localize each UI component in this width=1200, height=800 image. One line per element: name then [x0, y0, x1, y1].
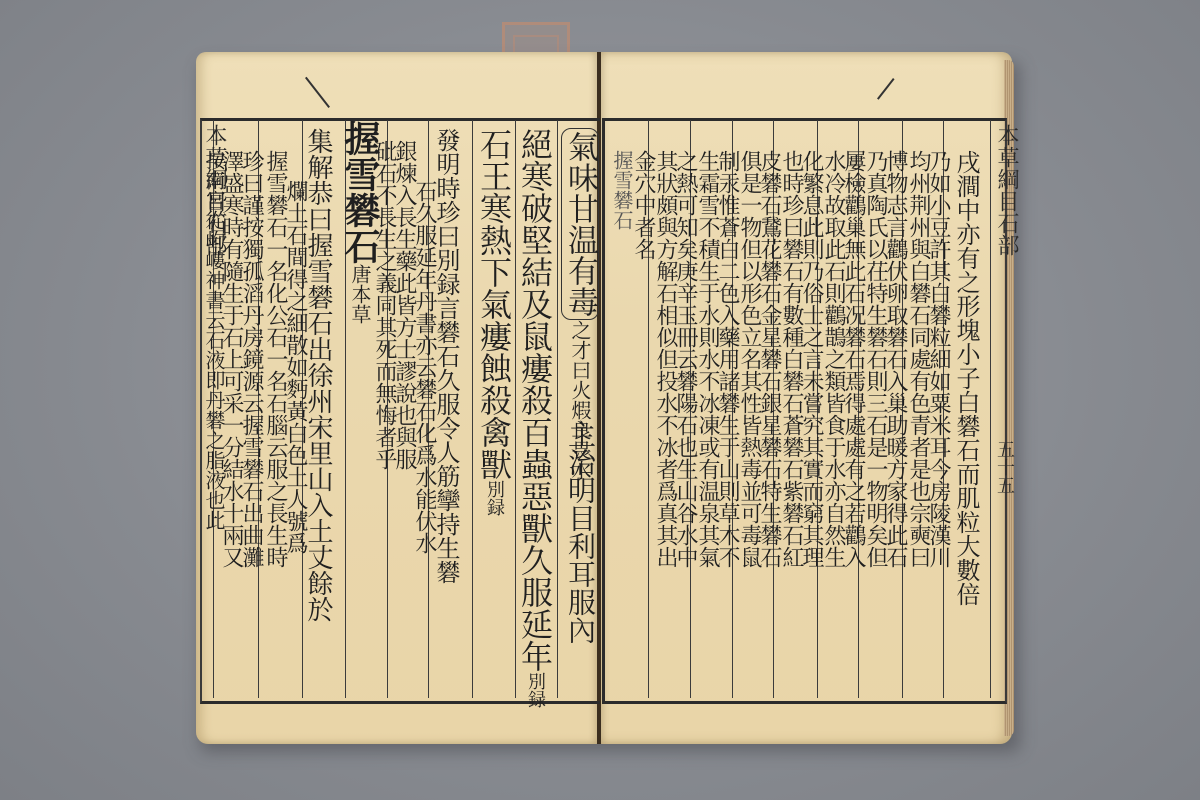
- text-column: 戌澗中亦有之形塊小子白礬石而肌粒大數倍: [952, 150, 979, 606]
- text-column: 握雪礬石一名化公石一名石腦云服之長生時: [262, 150, 289, 568]
- right-margin-title: 本草綱目石部: [991, 124, 1022, 256]
- text-column: 握雪礬石: [610, 150, 634, 230]
- text-column: 主治明目利耳服內: [562, 420, 598, 644]
- column-rule: [472, 120, 473, 698]
- column-rule: [557, 120, 558, 698]
- text-column: 按南宮從岣嶁神書云石液即丹礬之脂液也此: [200, 150, 227, 530]
- page-number: 五十五: [991, 440, 1017, 494]
- text-column: 金穴中者名: [630, 150, 657, 260]
- entry-title: 握雪礬石唐本草: [340, 120, 380, 324]
- text-column: 均州荆州與白礬石同處有色青者是也宗奭曰: [905, 150, 932, 568]
- text-column: 石王寒熱下氣瘻蝕殺禽獸別録: [476, 128, 512, 516]
- text-column: 絕寒破堅結及鼠瘻殺百蟲惡獸久服延年別録: [517, 128, 553, 708]
- text-column: 集解恭曰握雪礬石出徐州宋里山入土丈餘於: [304, 128, 332, 622]
